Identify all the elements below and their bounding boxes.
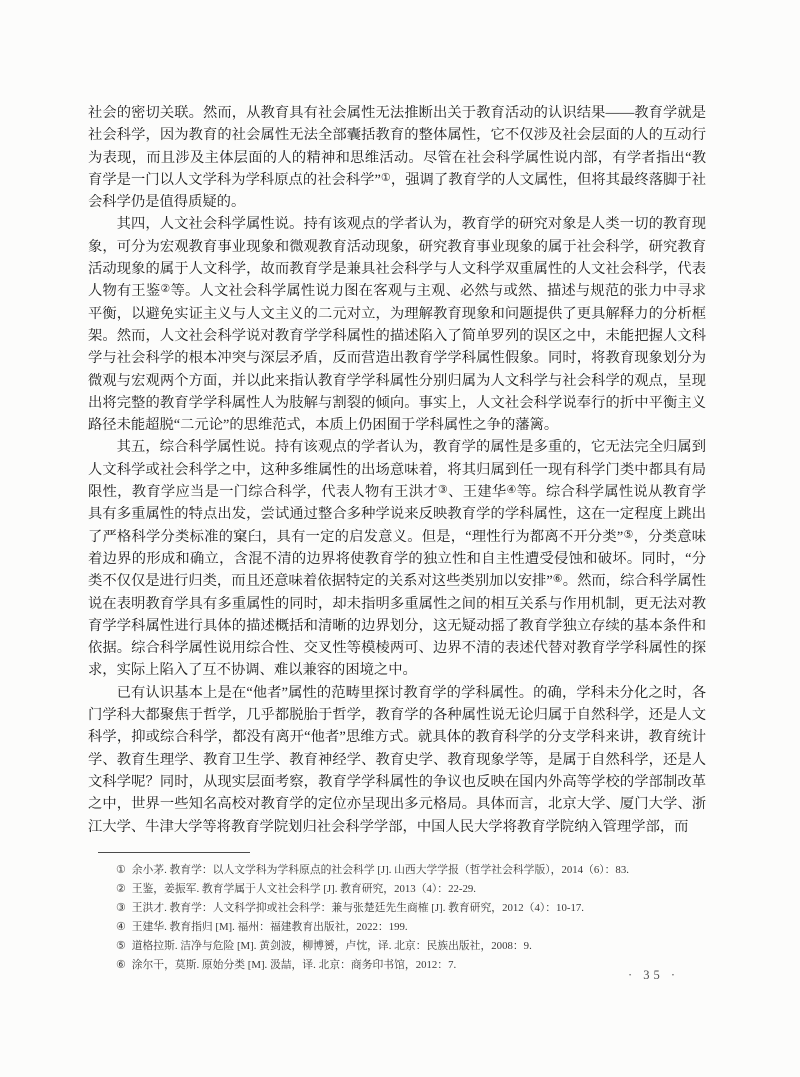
page-container: { "doc": { "paragraphs": [ "社会的密切关联。然而，从… — [0, 0, 800, 1077]
footnote-item: ③王洪才. 教育学：人文科学抑或社会科学：兼与张楚廷先生商榷 [J]. 教育研究… — [116, 899, 716, 918]
footnote-marker: ④ — [116, 921, 126, 933]
footnote-divider — [98, 852, 250, 853]
footnote-item: ④王建华. 教育指归 [M]. 福州：福建教育出版社，2022：199. — [116, 918, 716, 937]
paragraph: 已有认识基本上是在“他者”属性的范畴里探讨教育学的学科属性。的确，学科未分化之时… — [88, 682, 706, 838]
footnote-text: 王建华. 教育指归 [M]. 福州：福建教育出版社，2022：199. — [132, 921, 408, 933]
paragraph: 其五，综合科学属性说。持有该观点的学者认为，教育学的属性是多重的，它无法完全归属… — [88, 436, 706, 681]
footnote-marker: ③ — [116, 902, 126, 914]
footnote-text: 道格拉斯. 洁净与危险 [M]. 黄剑波，柳博赟，卢忱，译. 北京：民族出版社，… — [132, 940, 532, 952]
page-number: · 35 · — [628, 968, 679, 983]
footnote-marker: ① — [116, 864, 126, 876]
footnotes-section: ①余小茅. 教育学：以人文学科为学科原点的社会科学 [J]. 山西大学学报（哲学… — [116, 861, 716, 975]
footnote-text: 余小茅. 教育学：以人文学科为学科原点的社会科学 [J]. 山西大学学报（哲学社… — [132, 864, 629, 876]
footnote-marker: ② — [116, 883, 126, 895]
footnote-marker: ⑥ — [116, 959, 126, 971]
paragraph: 其四，人文社会科学属性说。持有该观点的学者认为，教育学的研究对象是人类一切的教育… — [88, 213, 706, 436]
footnote-text: 王鉴，姜振军. 教育学属于人文社会科学 [J]. 教育研究，2013（4）：22… — [132, 883, 476, 895]
footnote-item: ⑥涂尔干，莫斯. 原始分类 [M]. 汲喆，译. 北京：商务印书馆，2012：7… — [116, 956, 716, 975]
footnote-item: ⑤道格拉斯. 洁净与危险 [M]. 黄剑波，柳博赟，卢忱，译. 北京：民族出版社… — [116, 937, 716, 956]
footnote-item: ②王鉴，姜振军. 教育学属于人文社会科学 [J]. 教育研究，2013（4）：2… — [116, 880, 716, 899]
footnote-text: 涂尔干，莫斯. 原始分类 [M]. 汲喆，译. 北京：商务印书馆，2012：7. — [132, 959, 457, 971]
body-text: 社会的密切关联。然而，从教育具有社会属性无法推断出关于教育活动的认识结果——教育… — [88, 102, 706, 838]
footnote-item: ①余小茅. 教育学：以人文学科为学科原点的社会科学 [J]. 山西大学学报（哲学… — [116, 861, 716, 880]
footnote-marker: ⑤ — [116, 940, 126, 952]
footnote-text: 王洪才. 教育学：人文科学抑或社会科学：兼与张楚廷先生商榷 [J]. 教育研究，… — [132, 902, 584, 914]
paragraph: 社会的密切关联。然而，从教育具有社会属性无法推断出关于教育活动的认识结果——教育… — [88, 102, 706, 213]
